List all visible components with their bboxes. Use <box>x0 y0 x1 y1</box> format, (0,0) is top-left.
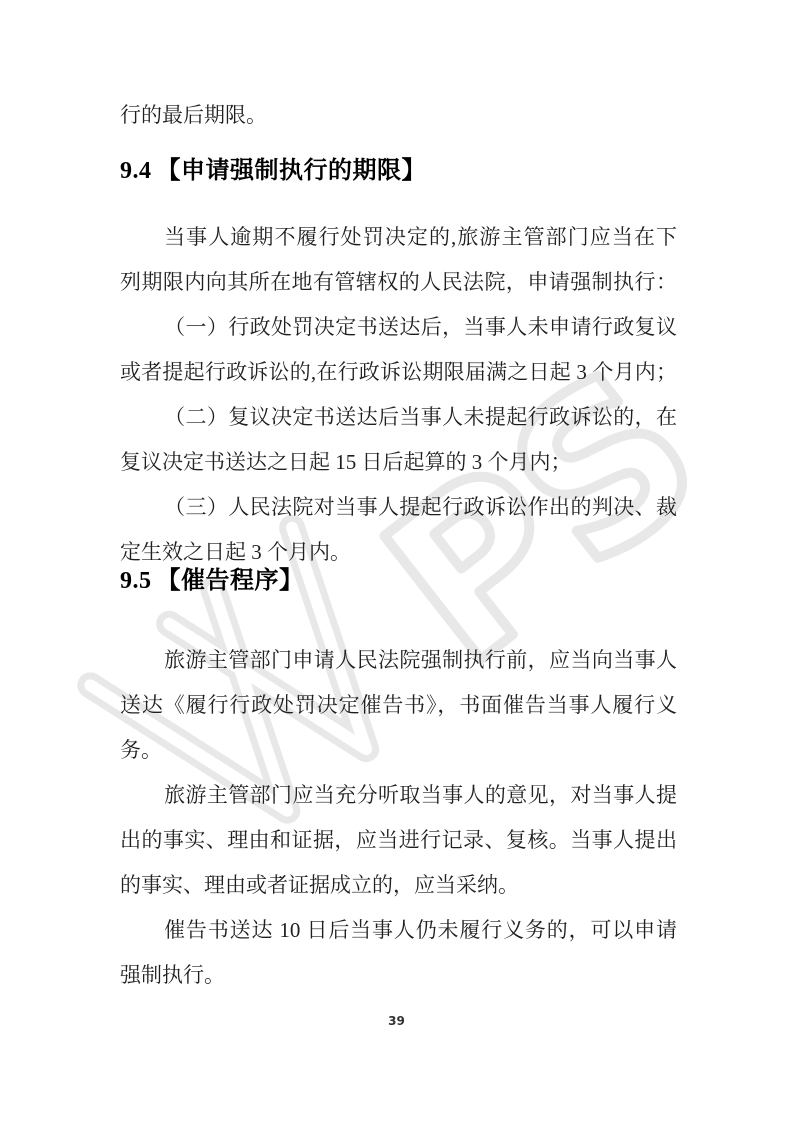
heading-title: 【催告程序】 <box>157 568 304 594</box>
text-line: （一）行政处罚决定书送达后，当事人未申请行政复议 <box>120 305 677 350</box>
text-line: 的事实、理由或者证据成立的，应当采纳。 <box>120 863 677 908</box>
text-line: 出的事实、理由和证据，应当进行记录、复核。当事人提出 <box>120 818 677 863</box>
document-content: 行的最后期限。9.4【申请强制执行的期限】当事人逾期不履行处罚决定的,旅游主管部… <box>0 0 793 1122</box>
text-line: 或者提起行政诉讼的,在行政诉讼期限届满之日起 3 个月内； <box>120 350 677 395</box>
heading-number: 9.4 <box>120 158 152 184</box>
text-line: 复议决定书送达之日起 15 日后起算的 3 个月内； <box>120 440 677 485</box>
text-line: 送达《履行行政处罚决定催告书》，书面催告当事人履行义 <box>120 683 677 728</box>
text-line: 当事人逾期不履行处罚决定的,旅游主管部门应当在下 <box>120 215 677 260</box>
text-line: （三）人民法院对当事人提起行政诉讼作出的判决、裁 <box>120 485 677 530</box>
text-line: 行的最后期限。 <box>120 93 677 138</box>
text-line: 旅游主管部门应当充分听取当事人的意见，对当事人提 <box>120 773 677 818</box>
section-heading: 9.4【申请强制执行的期限】 <box>120 150 677 192</box>
heading-number: 9.5 <box>120 568 152 594</box>
section-heading: 9.5【催告程序】 <box>120 560 677 602</box>
text-line: 列期限内向其所在地有管辖权的人民法院，申请强制执行： <box>120 260 677 305</box>
text-line: （二）复议决定书送达后当事人未提起行政诉讼的，在 <box>120 395 677 440</box>
text-line: 务。 <box>120 728 677 773</box>
document-page: PS 行的最后期限。9.4【申请强制执行的期限】当事人逾期不履行处罚决定的,旅游… <box>0 0 793 1122</box>
heading-title: 【申请强制执行的期限】 <box>157 158 427 184</box>
text-line: 催告书送达 10 日后当事人仍未履行义务的，可以申请 <box>120 908 677 953</box>
page-number: 39 <box>388 1014 405 1028</box>
text-line: 强制执行。 <box>120 953 677 998</box>
text-line: 旅游主管部门申请人民法院强制执行前，应当向当事人 <box>120 638 677 683</box>
page-footer: 39 <box>0 1012 793 1030</box>
